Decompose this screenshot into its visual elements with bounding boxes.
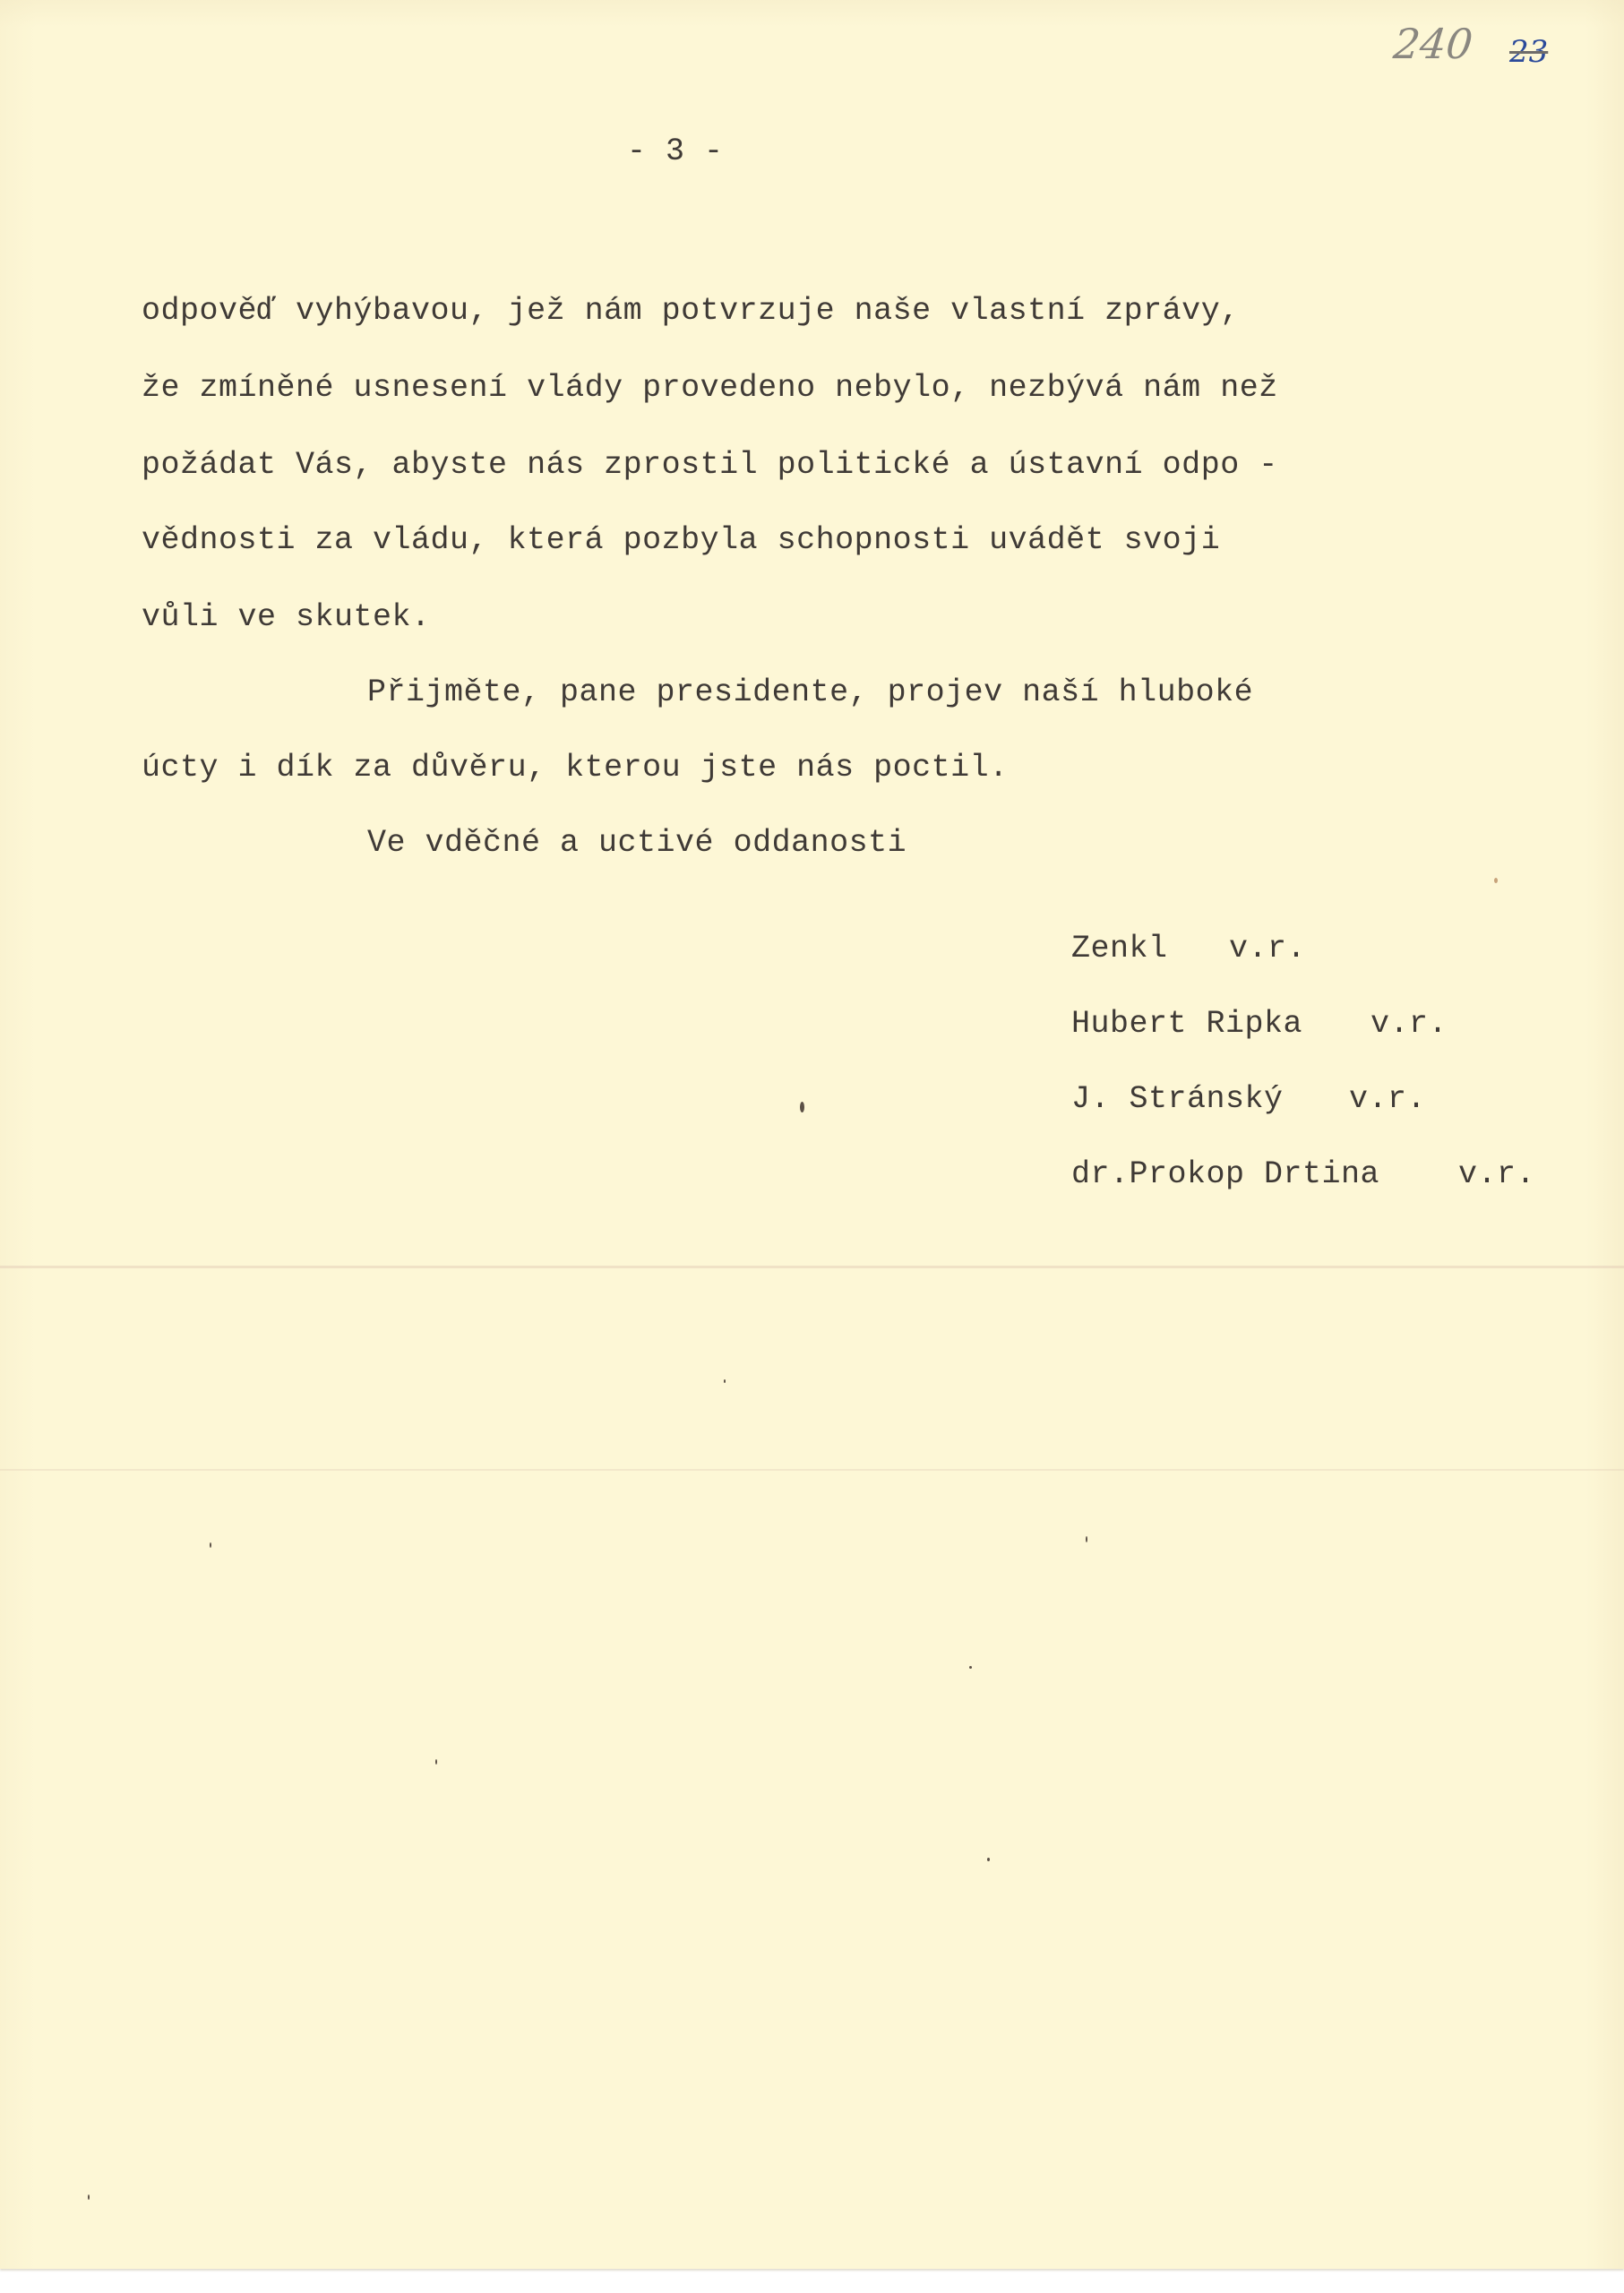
paper-speck — [800, 1102, 804, 1112]
signatory-name: Hubert Ripka — [1071, 1009, 1302, 1040]
paper-fold-line — [0, 1469, 1624, 1471]
body-line-2: že zmíněné usnesení vlády provedeno neby… — [142, 373, 1278, 404]
paper-speck — [1494, 878, 1498, 883]
struck-old-number-annotation: 23 — [1509, 34, 1548, 70]
paper-speck — [987, 1858, 990, 1861]
body-line-4: vědnosti za vládu, která pozbyla schopno… — [142, 525, 1220, 556]
closing-line-2: úcty i dík za důvěru, kterou jste nás po… — [142, 752, 1009, 784]
archive-number-annotation: 240 — [1391, 20, 1474, 68]
paper-speck — [724, 1379, 726, 1383]
signature-suffix: v.r. — [1349, 1084, 1426, 1115]
paper-fold-line — [0, 1266, 1624, 1268]
signature-suffix: v.r. — [1229, 933, 1306, 965]
paper-speck — [435, 1759, 437, 1765]
signatory-name: Zenkl — [1071, 933, 1168, 965]
paper-speck — [969, 1666, 972, 1669]
paper-speck — [210, 1542, 211, 1548]
signature-suffix: v.r. — [1458, 1159, 1535, 1190]
closing-line-1: Přijměte, pane presidente, projev naší h… — [367, 677, 1253, 709]
body-line-1: odpověď vyhýbavou, jež nám potvrzuje naš… — [142, 296, 1240, 327]
signatory-name: dr.Prokop Drtina — [1071, 1159, 1379, 1190]
document-page: 240 23 - 3 - odpověď vyhýbavou, jež nám … — [0, 0, 1624, 2269]
paper-speck — [88, 2194, 90, 2200]
signatory-name: J. Stránský — [1071, 1084, 1284, 1115]
valediction: Ve vděčné a uctivé oddanosti — [367, 828, 907, 859]
page-number: - 3 - — [627, 136, 724, 167]
body-line-3: požádat Vás, abyste nás zprostil politic… — [142, 450, 1278, 481]
signature-suffix: v.r. — [1371, 1009, 1448, 1040]
paper-speck — [1086, 1536, 1087, 1542]
body-line-5: vůli ve skutek. — [142, 602, 431, 633]
